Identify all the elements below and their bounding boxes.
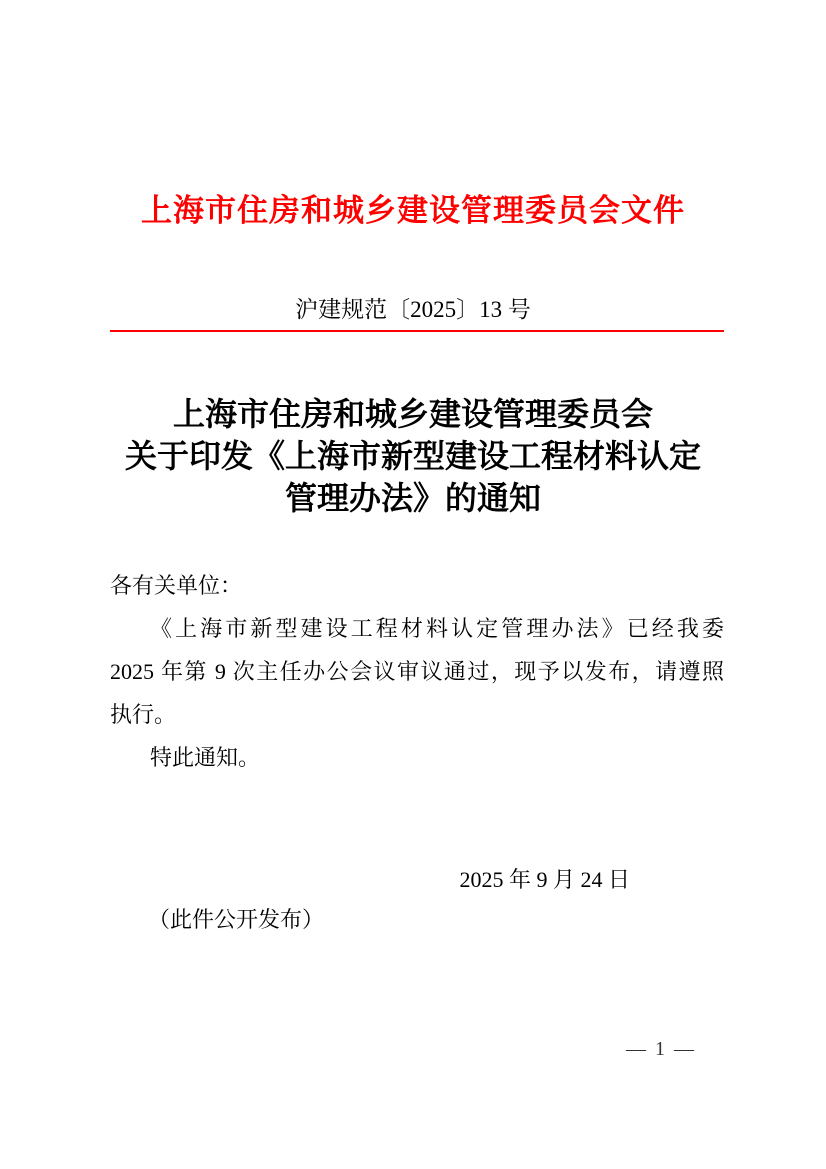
page-number: — 1 —: [596, 1038, 726, 1061]
notice-title: 上海市住房和城乡建设管理委员会 关于印发《上海市新型建设工程材料认定 管理办法》…: [0, 393, 826, 519]
notice-body: 各有关单位： 《上海市新型建设工程材料认定管理办法》已经我委 2025 年第 9…: [110, 564, 724, 779]
document-page: 上海市住房和城乡建设管理委员会文件 沪建规范〔2025〕13 号 上海市住房和城…: [0, 0, 826, 1169]
body-line-1: 《上海市新型建设工程材料认定管理办法》已经我委: [110, 607, 724, 650]
notice-title-line-2: 关于印发《上海市新型建设工程材料认定: [0, 435, 826, 477]
body-line-2: 2025 年第 9 次主任办公会议审议通过，现予以发布，请遵照: [110, 650, 724, 693]
public-release-note: （此件公开发布）: [148, 903, 324, 934]
notice-title-line-3: 管理办法》的通知: [0, 477, 826, 519]
letterhead-red-divider: [110, 330, 724, 332]
signature-date: 2025 年 9 月 24 日: [459, 863, 630, 894]
body-line-4: 特此通知。: [110, 736, 724, 779]
document-number: 沪建规范〔2025〕13 号: [0, 291, 826, 324]
body-line-3: 执行。: [110, 693, 724, 736]
salutation-line: 各有关单位：: [110, 564, 724, 607]
notice-title-line-1: 上海市住房和城乡建设管理委员会: [0, 393, 826, 435]
letterhead-agency-title: 上海市住房和城乡建设管理委员会文件: [0, 185, 826, 230]
